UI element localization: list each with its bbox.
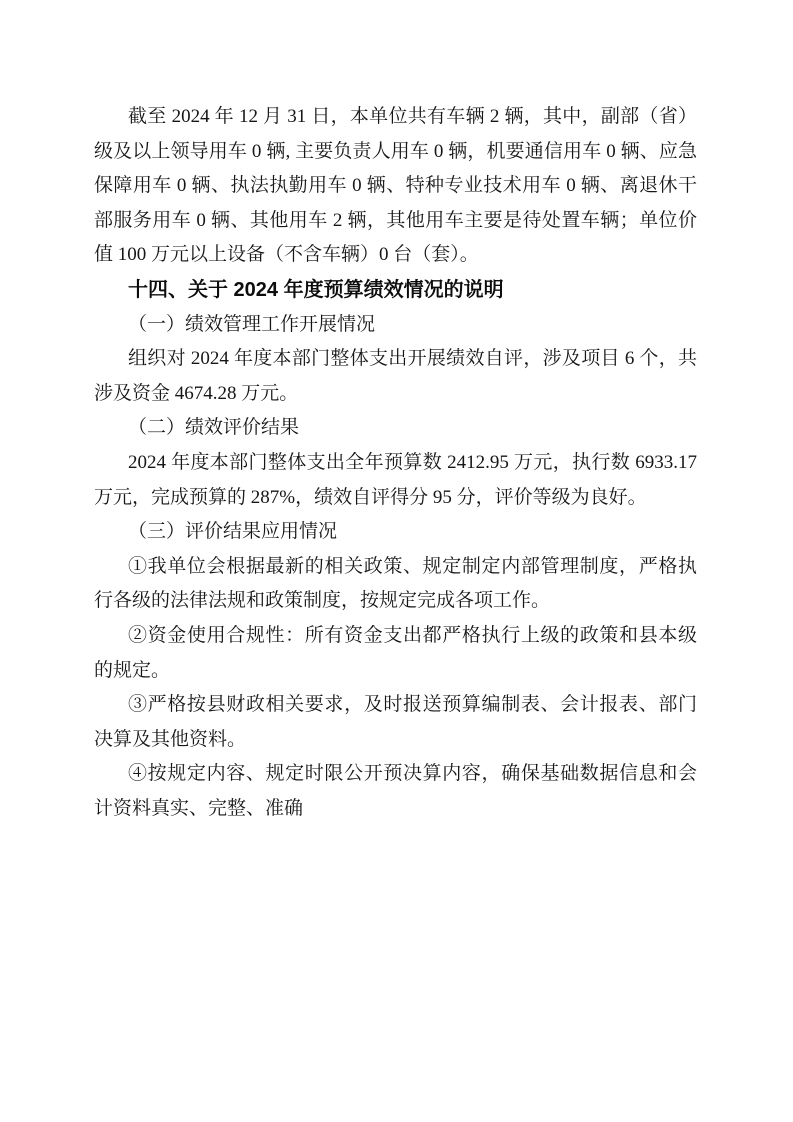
paragraph: ②资金使用合规性：所有资金支出都严格执行上级的政策和县本级的规定。 <box>94 619 697 688</box>
paragraph: ③严格按县财政相关要求，及时报送预算编制表、会计报表、部门决算及其他资料。 <box>94 688 697 757</box>
document-body: 截至 2024 年 12 月 31 日，本单位共有车辆 2 辆，其中，副部（省）… <box>94 100 697 826</box>
paragraph: ④按规定内容、规定时限公开预决算内容，确保基础数据信息和会计资料真实、完整、准确 <box>94 757 697 826</box>
document-page: 截至 2024 年 12 月 31 日，本单位共有车辆 2 辆，其中，副部（省）… <box>0 0 793 1122</box>
paragraph: 截至 2024 年 12 月 31 日，本单位共有车辆 2 辆，其中，副部（省）… <box>94 100 697 273</box>
subsection-heading: （一）绩效管理工作开展情况 <box>94 308 697 343</box>
section-heading: 十四、关于 2024 年度预算绩效情况的说明 <box>94 273 697 308</box>
subsection-heading: （三）评价结果应用情况 <box>94 515 697 550</box>
paragraph: ①我单位会根据最新的相关政策、规定制定内部管理制度，严格执行各级的法律法规和政策… <box>94 550 697 619</box>
subsection-heading: （二）绩效评价结果 <box>94 411 697 446</box>
paragraph: 组织对 2024 年度本部门整体支出开展绩效自评，涉及项目 6 个，共涉及资金 … <box>94 342 697 411</box>
paragraph: 2024 年度本部门整体支出全年预算数 2412.95 万元，执行数 6933.… <box>94 446 697 515</box>
